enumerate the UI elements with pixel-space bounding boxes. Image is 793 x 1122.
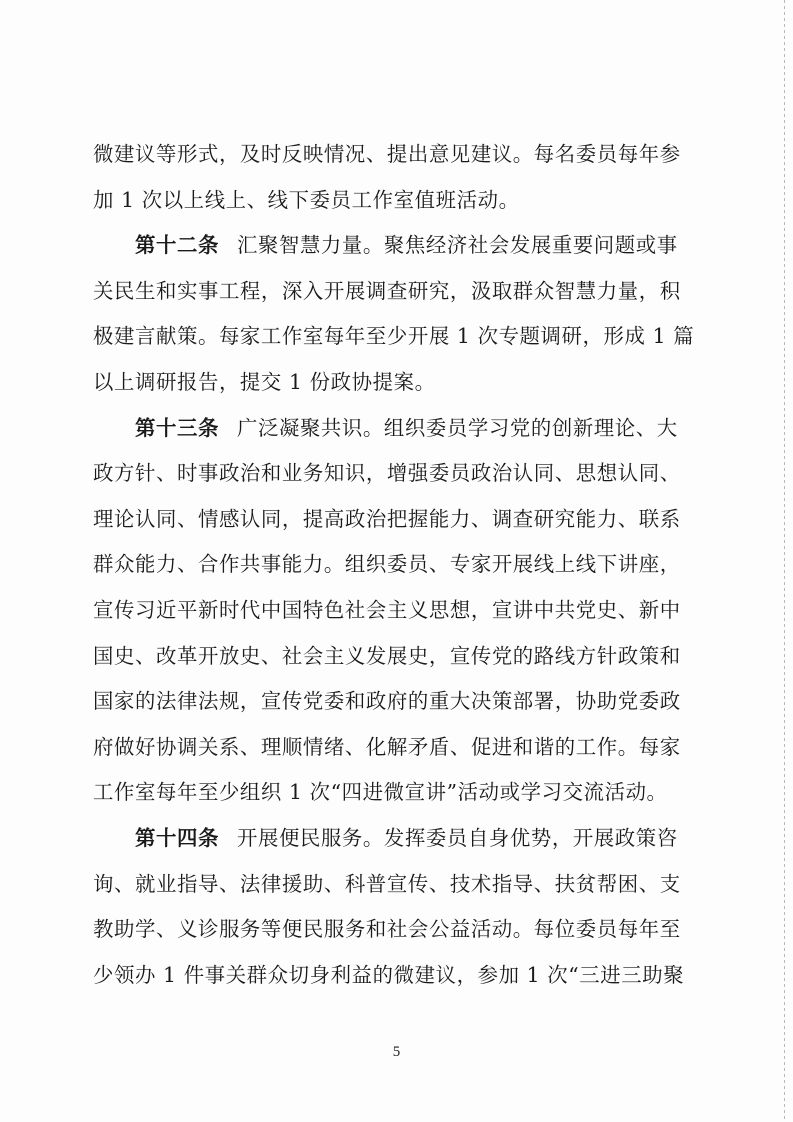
text-line: 关民生和实事工程，深入开展调查研究，汲取群众智慧力量，积 xyxy=(93,269,685,315)
text-line: 国史、改革开放史、社会主义发展史，宣传党的路线方针政策和 xyxy=(93,634,685,680)
document-page: 微建议等形式，及时反映情况、提出意见建议。每名委员每年参 加 1 次以上线上、线… xyxy=(0,0,793,1122)
text-line: 政方针、时事政治和业务知识，增强委员政治认同、思想认同、 xyxy=(93,451,685,497)
article-text: 汇聚智慧力量。聚焦经济社会发展重要问题或事 xyxy=(237,233,678,257)
scan-edge-artifact xyxy=(784,0,785,1122)
text-line: 少领办 1 件事关群众切身利益的微建议，参加 1 次“三进三助聚 xyxy=(93,953,685,999)
article-text: 开展便民服务。发挥委员自身优势，开展政策咨 xyxy=(237,826,678,850)
text-line: 国家的法律法规，宣传党委和政府的重大决策部署，协助党委政 xyxy=(93,679,685,725)
article-13-heading-line: 第十三条广泛凝聚共识。组织委员学习党的创新理论、大 xyxy=(93,406,685,452)
text-line: 群众能力、合作共事能力。组织委员、专家开展线上线下讲座， xyxy=(93,542,685,588)
article-number: 第十二条 xyxy=(135,233,219,257)
text-line: 加 1 次以上线上、线下委员工作室值班活动。 xyxy=(93,178,685,224)
text-line: 府做好协调关系、理顺情绪、化解矛盾、促进和谐的工作。每家 xyxy=(93,725,685,771)
text-line: 理论认同、情感认同，提高政治把握能力、调查研究能力、联系 xyxy=(93,497,685,543)
page-number: 5 xyxy=(0,1044,793,1061)
article-14-heading-line: 第十四条开展便民服务。发挥委员自身优势，开展政策咨 xyxy=(93,816,685,862)
text-line: 询、就业指导、法律援助、科普宣传、技术指导、扶贫帮困、支 xyxy=(93,862,685,908)
text-line: 微建议等形式，及时反映情况、提出意见建议。每名委员每年参 xyxy=(93,132,685,178)
text-line: 教助学、义诊服务等便民服务和社会公益活动。每位委员每年至 xyxy=(93,907,685,953)
text-line: 宣传习近平新时代中国特色社会主义思想，宣讲中共党史、新中 xyxy=(93,588,685,634)
text-line: 以上调研报告，提交 1 份政协提案。 xyxy=(93,360,685,406)
article-12-heading-line: 第十二条汇聚智慧力量。聚焦经济社会发展重要问题或事 xyxy=(93,223,685,269)
article-text: 广泛凝聚共识。组织委员学习党的创新理论、大 xyxy=(237,416,678,440)
text-line: 极建言献策。每家工作室每年至少开展 1 次专题调研，形成 1 篇 xyxy=(93,314,685,360)
article-number: 第十三条 xyxy=(135,416,219,440)
text-line: 工作室每年至少组织 1 次“四进微宣讲”活动或学习交流活动。 xyxy=(93,770,685,816)
document-body: 微建议等形式，及时反映情况、提出意见建议。每名委员每年参 加 1 次以上线上、线… xyxy=(93,132,685,998)
article-number: 第十四条 xyxy=(135,826,219,850)
